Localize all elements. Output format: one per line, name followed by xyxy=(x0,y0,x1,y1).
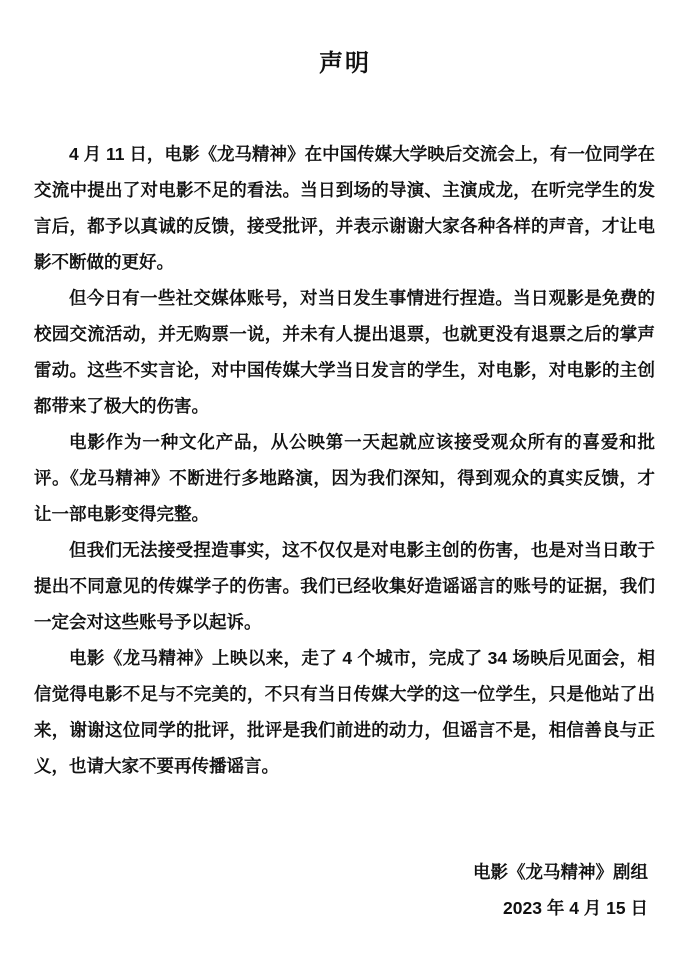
paragraph-2: 但今日有一些社交媒体账号，对当日发生事情进行捏造。当日观影是免费的校园交流活动，… xyxy=(34,280,655,424)
paragraph-3: 电影作为一种文化产品，从公映第一天起就应该接受观众所有的喜爱和批评。《龙马精神》… xyxy=(34,424,655,532)
signature-crew: 电影《龙马精神》剧组 xyxy=(34,854,648,890)
page-title: 声明 xyxy=(0,0,690,80)
document-body: 4 月 11 日，电影《龙马精神》在中国传媒大学映后交流会上，有一位同学在交流中… xyxy=(34,136,655,784)
paragraph-1: 4 月 11 日，电影《龙马精神》在中国传媒大学映后交流会上，有一位同学在交流中… xyxy=(34,136,655,280)
paragraph-5: 电影《龙马精神》上映以来，走了 4 个城市，完成了 34 场映后见面会，相信觉得… xyxy=(34,640,655,784)
signature-block: 电影《龙马精神》剧组 2023 年 4 月 15 日 xyxy=(34,854,648,926)
signature-date: 2023 年 4 月 15 日 xyxy=(34,890,648,926)
paragraph-4: 但我们无法接受捏造事实，这不仅仅是对电影主创的伤害，也是对当日敢于提出不同意见的… xyxy=(34,532,655,640)
document-page: 声明 4 月 11 日，电影《龙马精神》在中国传媒大学映后交流会上，有一位同学在… xyxy=(0,0,690,976)
